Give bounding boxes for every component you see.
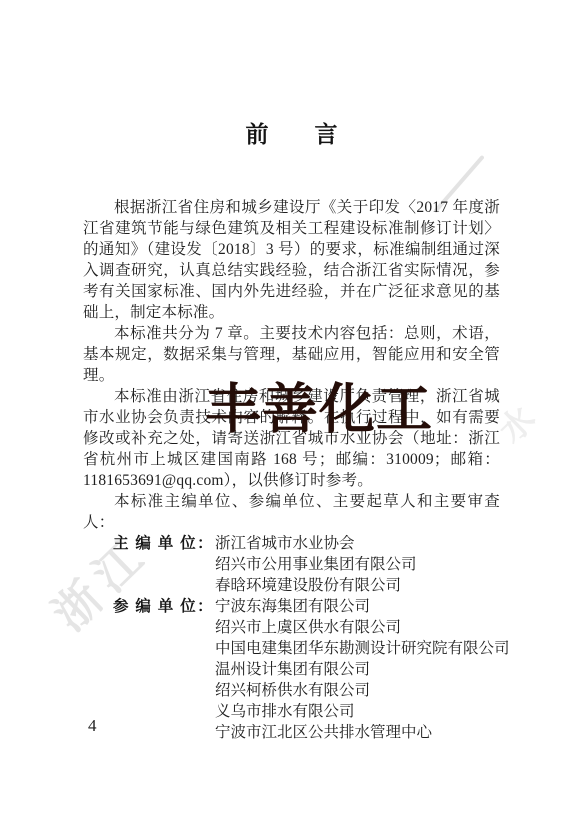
page-number: 4 [88, 716, 97, 736]
participating-editor-group: 参 编 单 位： 宁波东海集团有限公司绍兴市上虞区供水有限公司中国电建集团华东勘… [83, 596, 500, 743]
body-paragraph: 根据浙江省住房和城乡建设厅《关于印发〈2017 年度浙江省建筑节能与绿色建筑及相… [83, 197, 500, 323]
page-title: 前 言 [83, 118, 500, 152]
org-name: 绍兴市上虞区供水有限公司 [215, 617, 500, 638]
participating-editor-label: 参 编 单 位： [113, 596, 214, 617]
stamp-watermark-text: 丰善化工 [205, 383, 433, 437]
org-name: 绍兴柯桥供水有限公司 [215, 680, 500, 701]
org-name: 宁波东海集团有限公司 [215, 596, 500, 617]
body-paragraph: 本标准主编单位、参编单位、主要起草人和主要审查人： [83, 491, 500, 533]
org-name: 宁波市江北区公共排水管理中心 [215, 722, 500, 743]
org-name: 中国电建集团华东勘测设计研究院有限公司 [215, 638, 500, 659]
chief-editor-label: 主 编 单 位： [113, 533, 214, 554]
chief-editor-orgs: 浙江省城市水业协会绍兴市公用事业集团有限公司春晗环境建设股份有限公司 [215, 533, 500, 596]
org-name: 春晗环境建设股份有限公司 [215, 575, 500, 596]
org-name: 温州设计集团有限公司 [215, 659, 500, 680]
org-name: 义乌市排水有限公司 [215, 701, 500, 722]
org-name: 绍兴市公用事业集团有限公司 [215, 554, 500, 575]
participating-editor-orgs: 宁波东海集团有限公司绍兴市上虞区供水有限公司中国电建集团华东勘测设计研究院有限公… [215, 596, 500, 743]
body-paragraph: 本标准共分为 7 章。主要技术内容包括：总则，术语，基本规定，数据采集与管理，基… [83, 323, 500, 386]
document-page: 浙江 水 前 言 根据浙江省住房和城乡建设厅《关于印发〈2017 年度浙江省建筑… [0, 0, 583, 826]
org-name: 浙江省城市水业协会 [215, 533, 500, 554]
body-paragraphs: 根据浙江省住房和城乡建设厅《关于印发〈2017 年度浙江省建筑节能与绿色建筑及相… [83, 197, 500, 533]
chief-editor-group: 主 编 单 位： 浙江省城市水业协会绍兴市公用事业集团有限公司春晗环境建设股份有… [83, 533, 500, 596]
